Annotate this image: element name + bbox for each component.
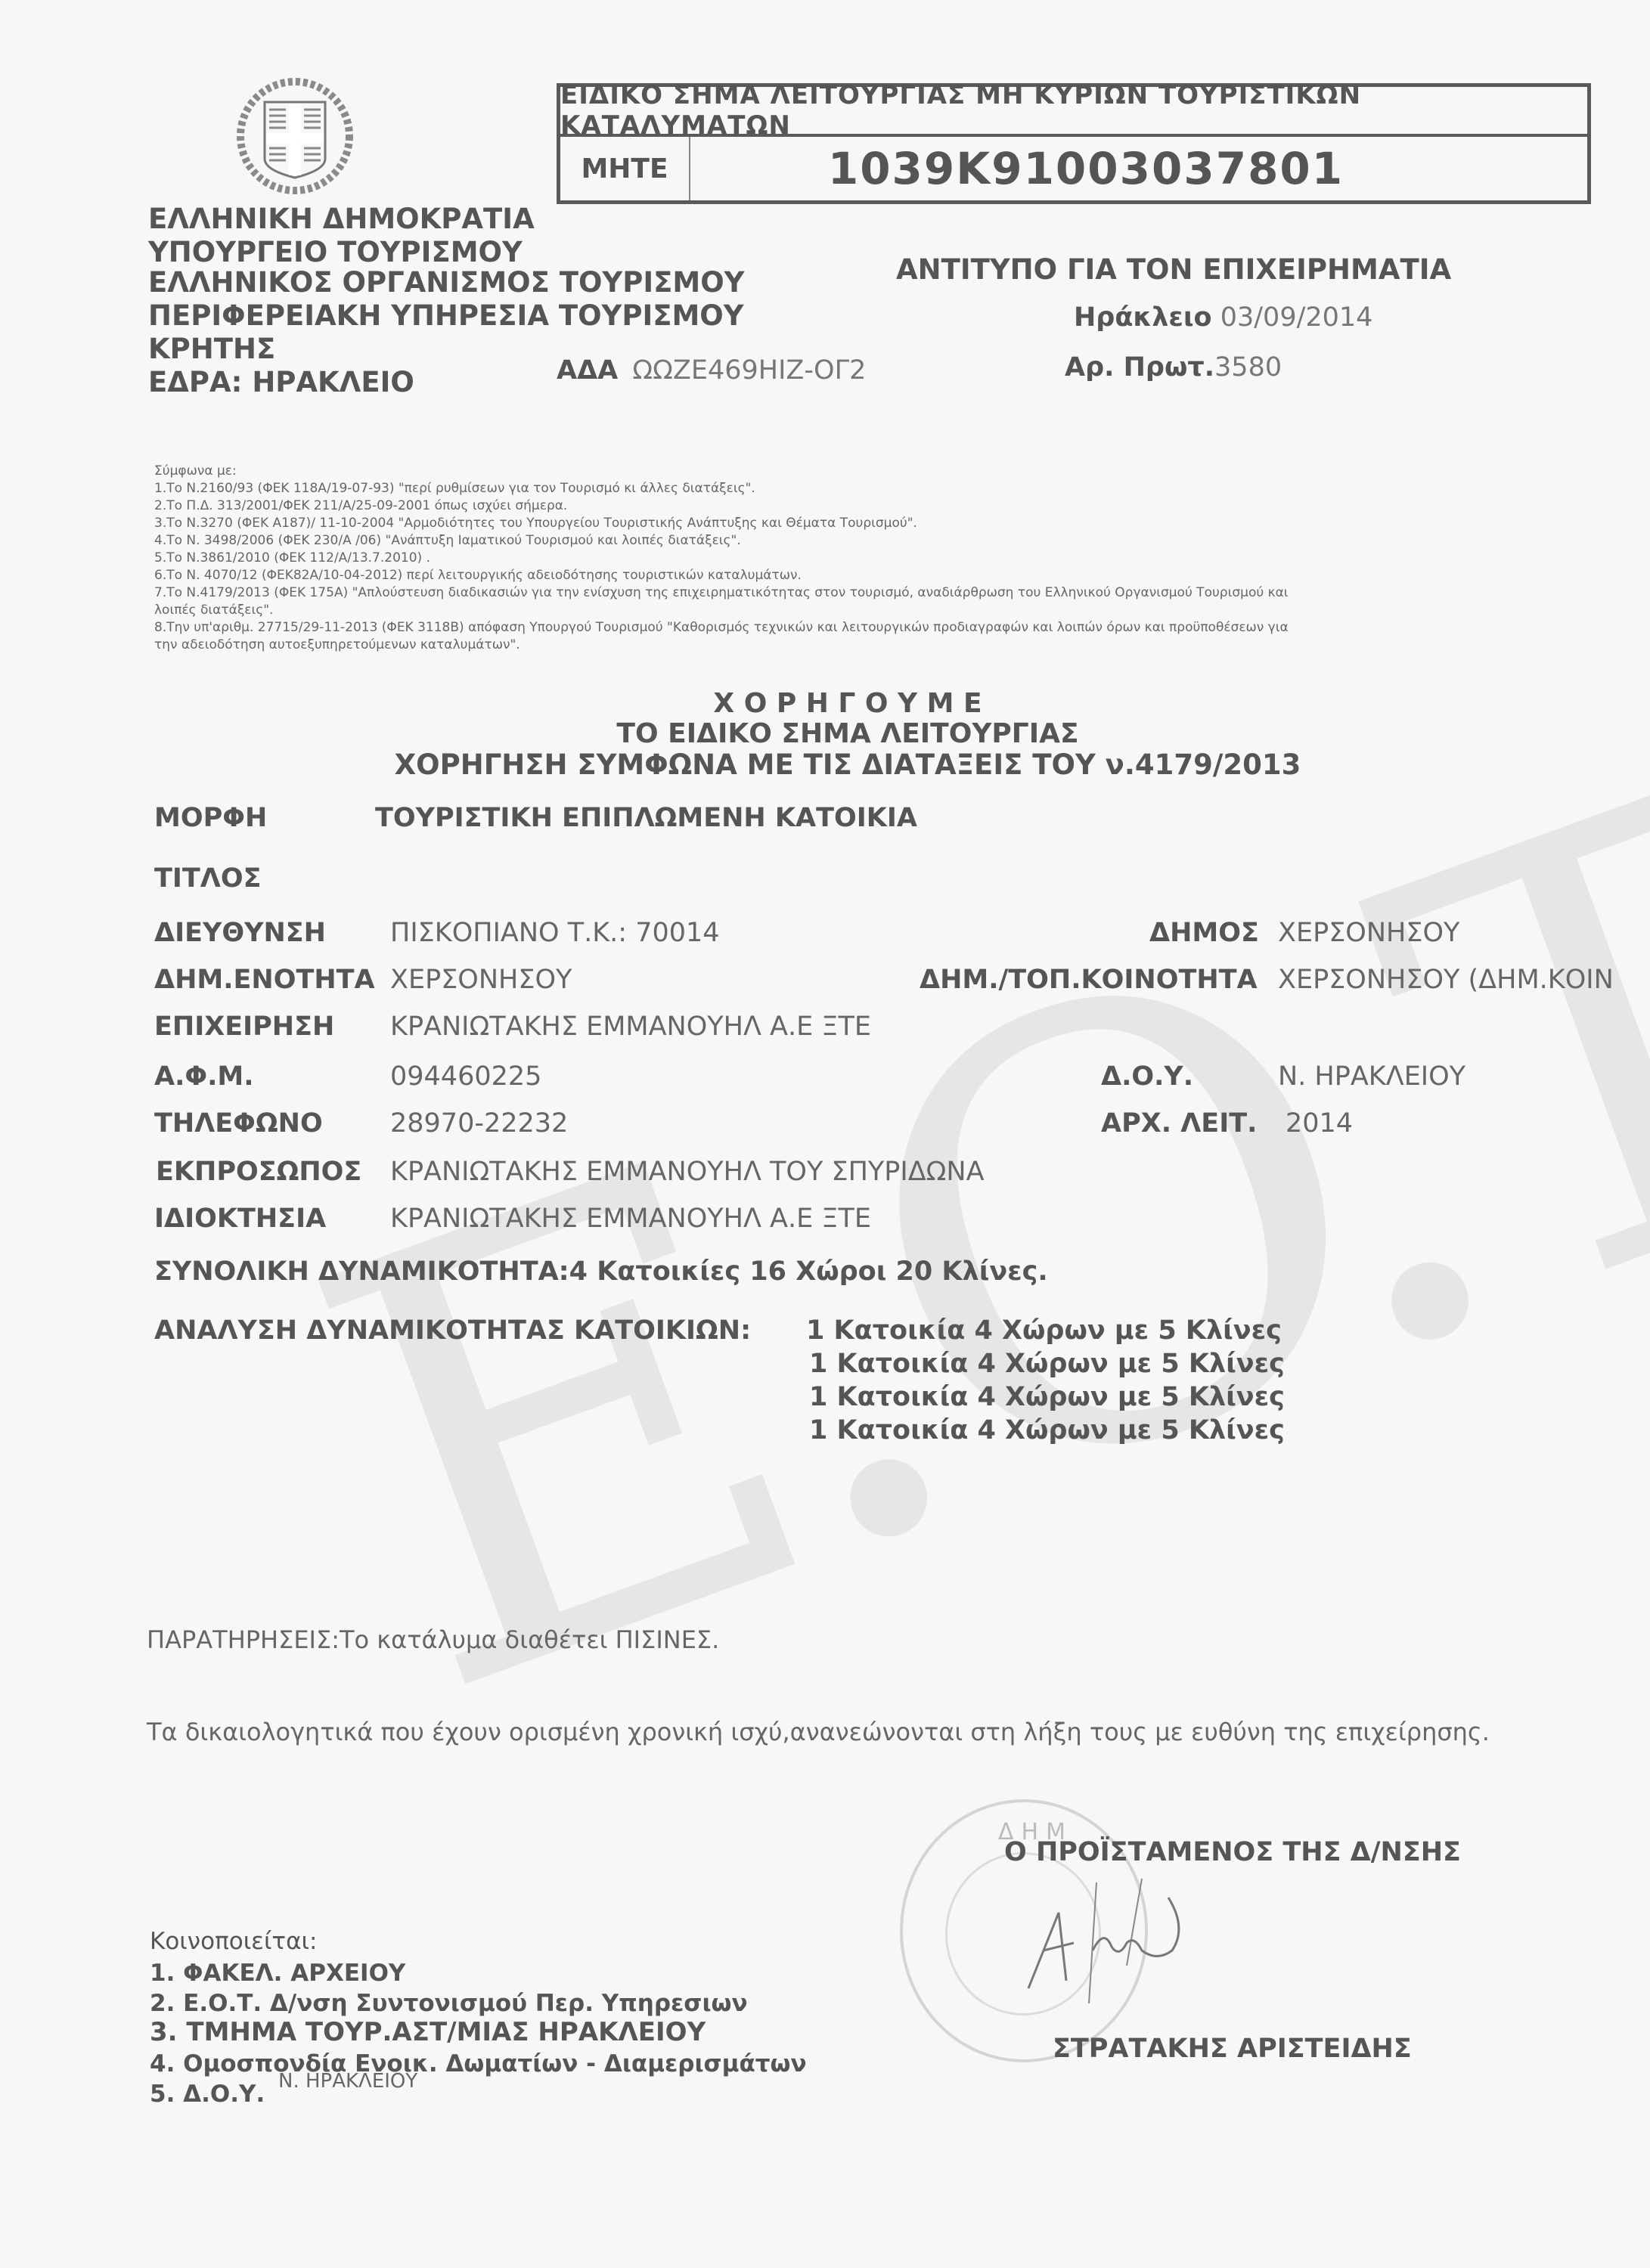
business-value: ΚΡΑΝΙΩΤΑΚΗΣ ΕΜΜΑΝΟΥΗΛ Α.Ε ΞΤΕ [390,1012,871,1042]
ada-value: ΩΩΖΕ469ΗΙΖ-ΟΓ2 [632,355,866,386]
legal-item: 8.Την υπ'αριθμ. 27715/29-11-2013 (ΦΕΚ 31… [154,619,1289,637]
org-line-regional-service: ΠΕΡΙΦΕΡΕΙΑΚΗ ΥΠΗΡΕΣΙΑ ΤΟΥΡΙΣΜΟΥ [148,299,744,333]
total-capacity: ΣΥΝΟΛΙΚΗ ΔΥΝΑΜΙΚΟΤΗΤΑ:4 Κατοικίες 16 Χώρ… [154,1256,1048,1287]
legal-item: την αδειοδότηση αυτοεξυπηρετούμενων κατα… [154,637,1289,654]
ada-field: ΑΔΑ ΩΩΖΕ469ΗΙΖ-ΟΓ2 [557,355,866,386]
special-permit-title-box: ΕΙΔΙΚΟ ΣΗΜΑ ΛΕΙΤΟΥΡΓΙΑΣ ΜΗ ΚΥΡΙΩΝ ΤΟΥΡΙΣ… [557,83,1591,204]
date-value: 03/09/2014 [1220,302,1373,333]
distribution-item: 3. ΤΜΗΜΑ ΤΟΥΡ.ΑΣΤ/ΜΙΑΣ ΗΡΑΚΛΕΙΟΥ [150,2017,706,2047]
copy-label: ΑΝΤΙΤΥΠΟ ΓΙΑ ΤΟΝ ΕΠΙΧΕΙΡΗΜΑΤΙΑ [896,253,1451,286]
representative-value: ΚΡΑΝΙΩΤΑΚΗΣ ΕΜΜΑΝΟΥΗΛ ΤΟΥ ΣΠΥΡΙΔΩΝΑ [390,1157,985,1187]
protocol-field: Αρ. Πρωτ.3580 [1065,352,1282,383]
ownership-value: ΚΡΑΝΙΩΤΑΚΗΣ ΕΜΜΑΝΟΥΗΛ Α.Ε ΞΤΕ [390,1204,871,1234]
capacity-breakdown-row: 1 Κατοικία 4 Χώρων με 5 Κλίνες [809,1415,1285,1445]
legal-basis: Σύμφωνα με: 1.Το Ν.2160/93 (ΦΕΚ 118Α/19-… [154,463,1289,654]
validity-note: Τα δικαιολογητικά που έχουν ορισμένη χρο… [147,1718,1490,1746]
distribution-item: 5. Δ.Ο.Υ. [150,2079,265,2109]
afm-value: 094460225 [390,1061,541,1092]
operation-start-label: ΑΡΧ. ΛΕΙΤ. [1101,1108,1257,1139]
signatory-role: Ο ΠΡΟΪΣΤΑΜΕΝΟΣ ΤΗΣ Δ/ΝΣΗΣ [1004,1837,1461,1867]
title-label: ΤΙΤΛΟΣ [154,863,262,894]
grant-heading: Χ Ο Ρ Η Γ Ο Υ Μ Ε [0,688,1650,719]
legal-item: 4.Το Ν. 3498/2006 (ΦΕΚ 230/Α /06) "Ανάπτ… [154,532,1289,550]
handwritten-signature-icon [1013,1867,1225,2011]
community-value: ΧΕΡΣΟΝΗΣΟΥ (ΔΗΜ.ΚΟΙΝ [1278,965,1614,995]
doy-label: Δ.Ο.Υ. [1101,1061,1193,1092]
address-value: ΠΙΣΚΟΠΙΑΝΟ Τ.Κ.: 70014 [390,918,720,948]
legal-item: 1.Το Ν.2160/93 (ΦΕΚ 118Α/19-07-93) "περί… [154,480,1289,497]
form-value: ΤΟΥΡΙΣΤΙΚΗ ΕΠΙΠΛΩΜΕΝΗ ΚΑΤΟΙΚΙΑ [375,803,917,833]
date-field: Ηράκλειο 03/09/2014 [1074,302,1372,333]
phone-value: 28970-22232 [390,1108,568,1139]
municipality-label: ΔΗΜΟΣ [1149,918,1259,948]
operation-start-value: 2014 [1286,1108,1353,1139]
legal-item: 7.Το Ν.4179/2013 (ΦΕΚ 175Α) "Απλούστευση… [154,584,1289,602]
distribution-item: 1. ΦΑΚΕΛ. ΑΡΧΕΙΟΥ [150,1958,405,1988]
distribution-title: Κοινοποιείται: [150,1926,317,1957]
legal-item: 3.Το Ν.3270 (ΦΕΚ Α187)/ 11-10-2004 "Αρμο… [154,515,1289,532]
afm-label: Α.Φ.Μ. [154,1061,254,1092]
ada-label: ΑΔΑ [557,355,618,386]
capacity-breakdown-label: ΑΝΑΛΥΣΗ ΔΥΝΑΜΙΚΟΤΗΤΑΣ ΚΑΤΟΙΚΙΩΝ: [154,1315,751,1346]
form-label: ΜΟΡΦΗ [154,803,267,833]
observations: ΠΑΡΑΤΗΡΗΣΕΙΣ:Το κατάλυμα διαθέτει ΠΙΣΙΝΕ… [147,1625,719,1654]
capacity-breakdown-row: 1 Κατοικία 4 Χώρων με 5 Κλίνες [809,1382,1285,1412]
legal-item: λοιπές διατάξεις". [154,602,1289,619]
legal-item: 5.Το Ν.3861/2010 (ΦΕΚ 112/Α/13.7.2010) . [154,550,1289,567]
address-label: ΔΙΕΥΘΥΝΣΗ [154,918,326,948]
legal-item: 6.Το Ν. 4070/12 (ΦΕΚ82Α/10-04-2012) περί… [154,567,1289,584]
protocol-number: 3580 [1214,352,1282,383]
legal-item: 2.Το Π.Δ. 313/2001/ΦΕΚ 211/Α/25-09-2001 … [154,497,1289,515]
grant-legal-reference: ΧΟΡΗΓΗΣΗ ΣΥΜΦΩΝΑ ΜΕ ΤΙΣ ΔΙΑΤΑΞΕΙΣ ΤΟΥ ν.… [0,748,1650,781]
org-line-republic: ΕΛΛΗΝΙΚΗ ΔΗΜΟΚΡΑΤΙΑ [148,203,535,236]
org-line-eot: ΕΛΛΗΝΙΚΟΣ ΟΡΓΑΝΙΣΜΟΣ ΤΟΥΡΙΣΜΟΥ [148,266,744,299]
org-line-crete: ΚΡΗΤΗΣ [148,333,275,366]
mhte-code: 1039K91003037801 [690,137,1587,200]
place-label: Ηράκλειο [1074,302,1212,333]
capacity-breakdown-row: 1 Κατοικία 4 Χώρων με 5 Κλίνες [806,1315,1282,1346]
mhte-label: ΜΗΤΕ [560,137,690,200]
municipality-value: ΧΕΡΣΟΝΗΣΟΥ [1278,918,1459,948]
municipal-unit-label: ΔΗΜ.ΕΝΟΤΗΤΑ [154,965,375,995]
distribution-item5-note: Ν. ΗΡΑΚΛΕΙΟΥ [278,2070,417,2093]
protocol-label: Αρ. Πρωτ. [1065,352,1214,383]
ownership-label: ΙΔΙΟΚΤΗΣΙΑ [154,1204,326,1234]
municipal-unit-value: ΧΕΡΣΟΝΗΣΟΥ [390,965,572,995]
capacity-breakdown-row: 1 Κατοικία 4 Χώρων με 5 Κλίνες [809,1349,1285,1379]
greek-coat-of-arms-icon [234,76,355,197]
legal-basis-intro: Σύμφωνα με: [154,463,1289,480]
doy-value: Ν. ΗΡΑΚΛΕΙΟΥ [1278,1061,1465,1092]
org-line-ministry: ΥΠΟΥΡΓΕΙΟ ΤΟΥΡΙΣΜΟΥ [148,236,523,269]
distribution-item: 4. Ομοσπονδία Ενοικ. Δωματίων - Διαμερισ… [150,2049,807,2079]
permit-title: ΕΙΔΙΚΟ ΣΗΜΑ ΛΕΙΤΟΥΡΓΙΑΣ ΜΗ ΚΥΡΙΩΝ ΤΟΥΡΙΣ… [560,87,1587,137]
distribution-item: 2. Ε.Ο.Τ. Δ/νση Συντονισμού Περ. Υπηρεσι… [150,1988,748,2019]
signatory-name: ΣΤΡΑΤΑΚΗΣ ΑΡΙΣΤΕΙΔΗΣ [1053,2034,1412,2064]
org-line-seat: ΕΔΡΑ: ΗΡΑΚΛΕΙΟ [148,366,414,399]
grant-subheading: ΤΟ ΕΙΔΙΚΟ ΣΗΜΑ ΛΕΙΤΟΥΡΓΙΑΣ [0,718,1650,749]
business-label: ΕΠΙΧΕΙΡΗΣΗ [154,1012,334,1042]
phone-label: ΤΗΛΕΦΩΝΟ [154,1108,323,1139]
community-label: ΔΗΜ./ΤΟΠ.ΚΟΙΝΟΤΗΤΑ [920,965,1275,995]
representative-label: ΕΚΠΡΟΣΩΠΟΣ [156,1157,361,1187]
